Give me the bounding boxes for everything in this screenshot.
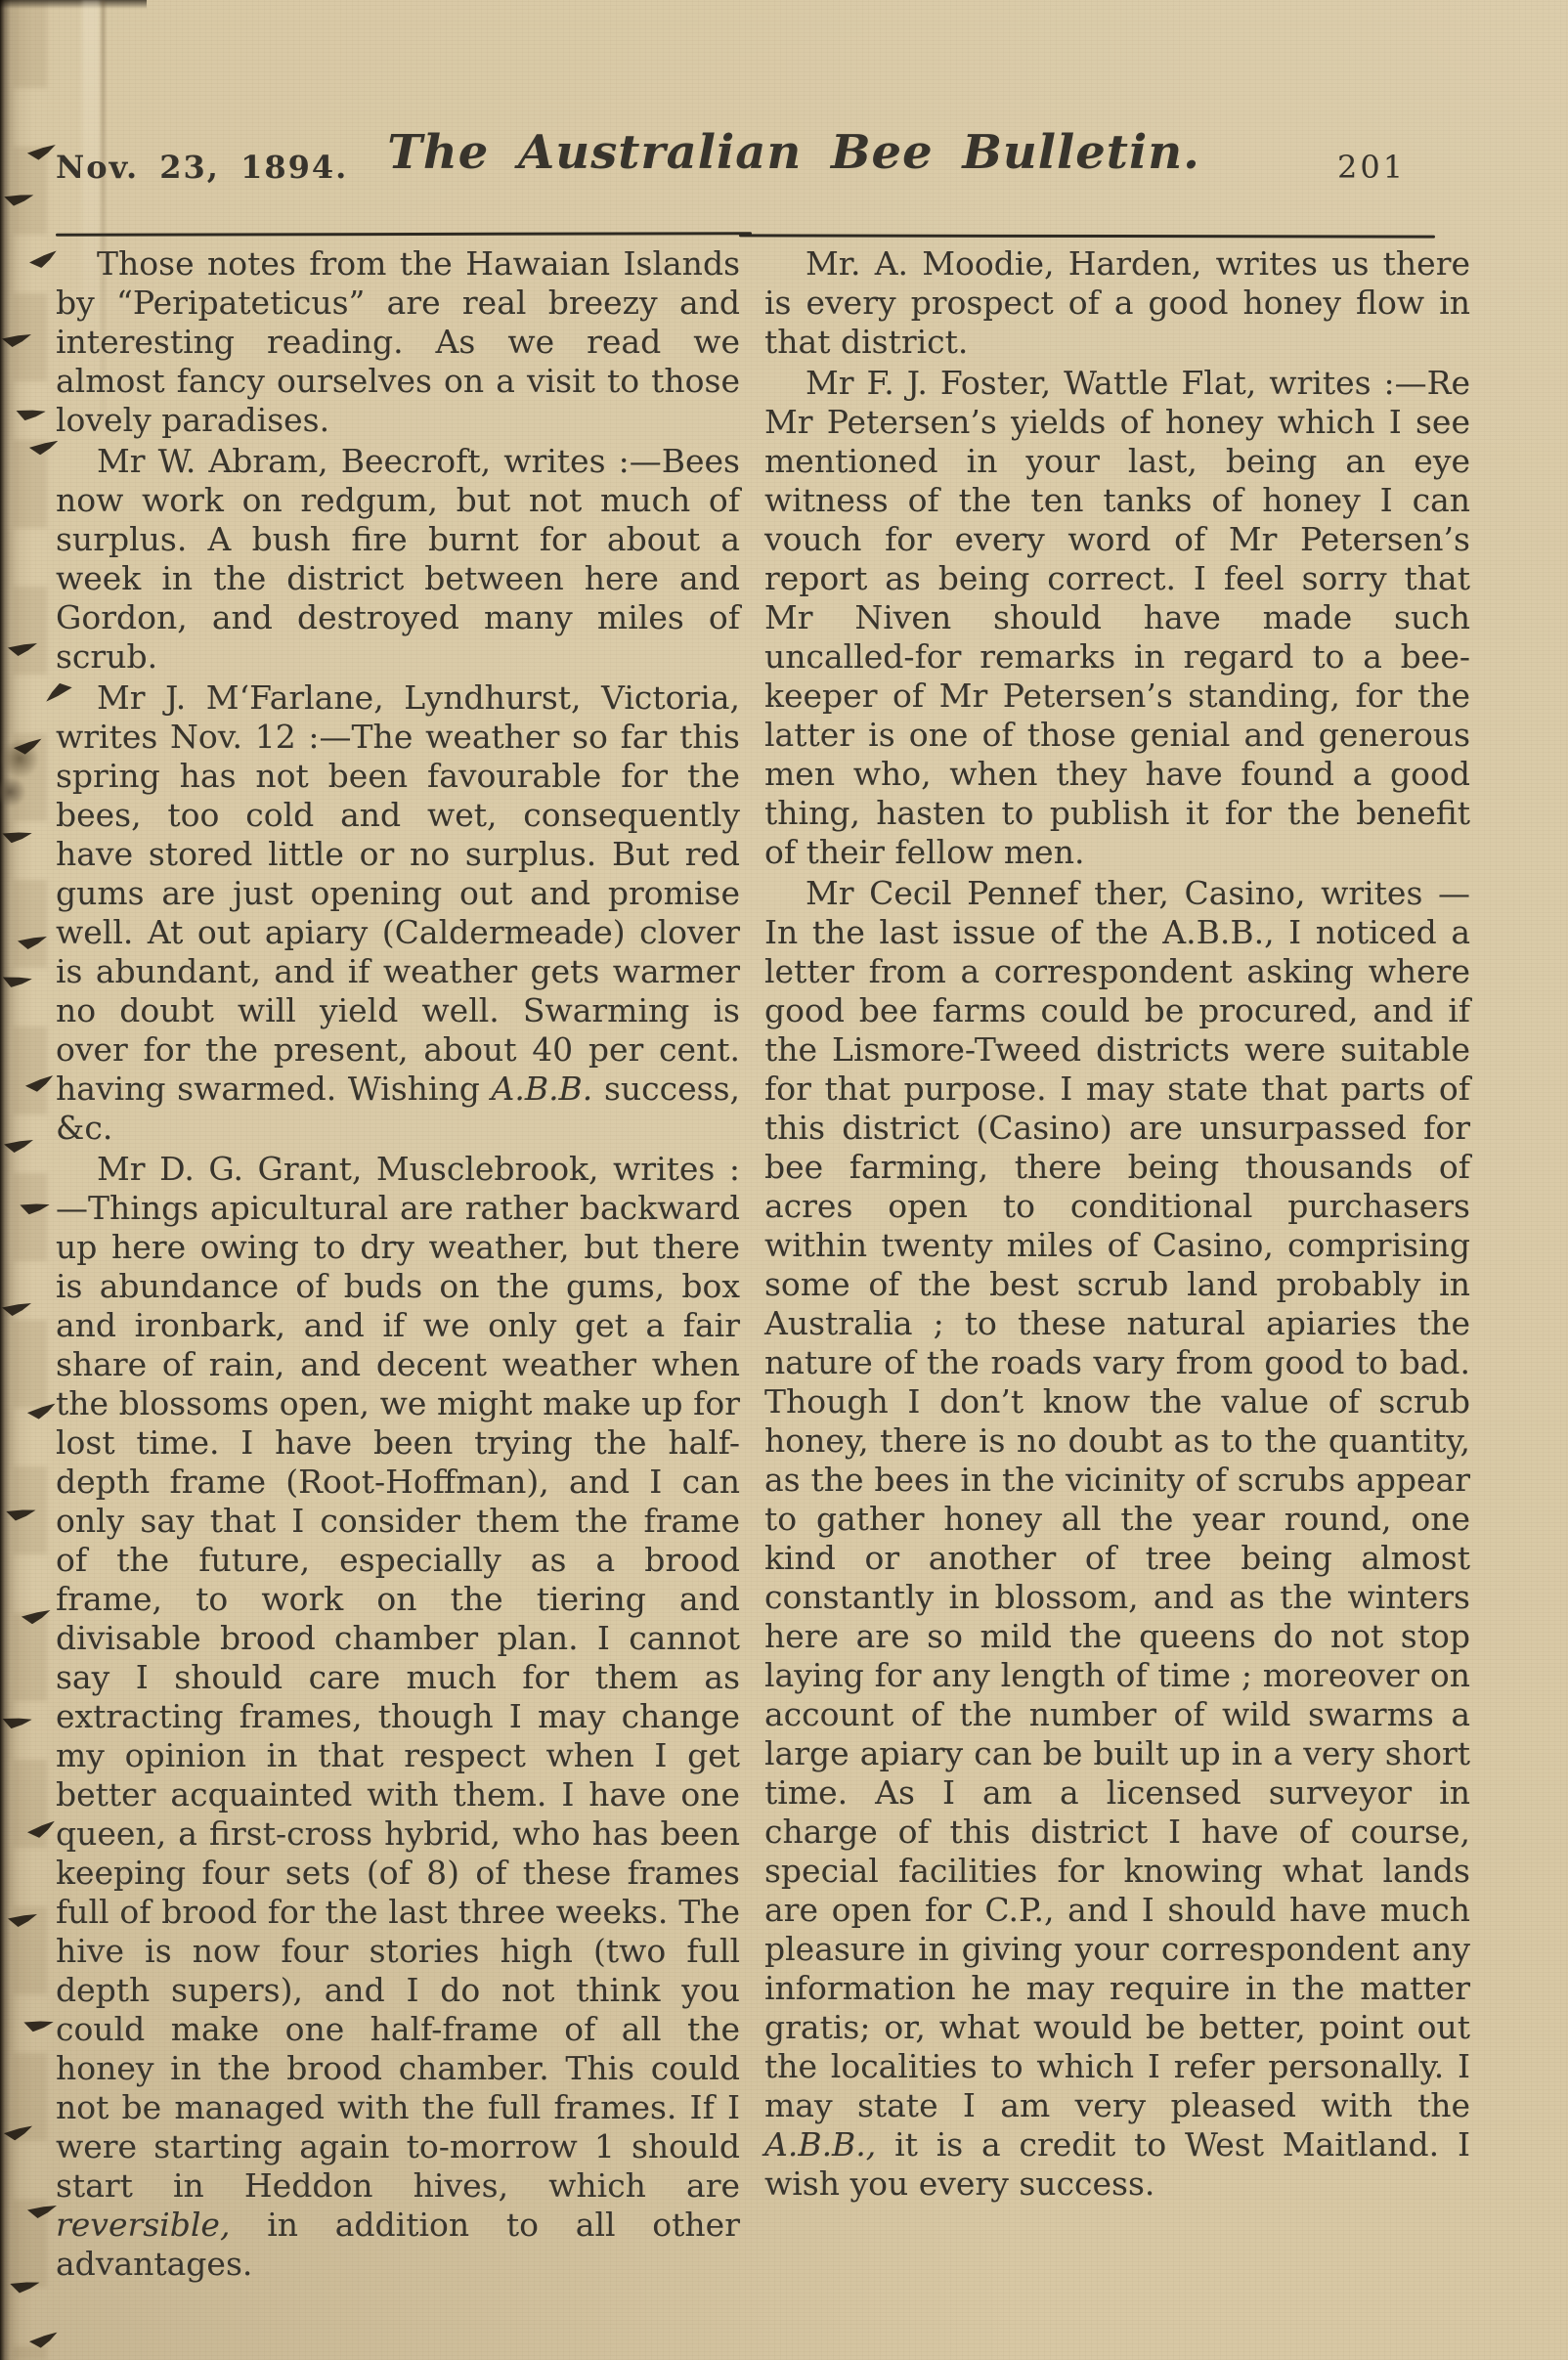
journal-page: Nov. 23, 1894. The Australian Bee Bullet… xyxy=(0,0,1568,2360)
header-rule xyxy=(56,232,752,236)
text-segment: Those notes from the Hawaian Islands by … xyxy=(56,244,740,439)
binding-shade xyxy=(14,0,47,2360)
page-number: 201 xyxy=(1337,149,1406,186)
paragraph: Mr D. G. Grant, Musclebrook, writes :—Th… xyxy=(56,1150,740,2284)
text-segment: Mr D. G. Grant, Musclebrook, writes :—Th… xyxy=(56,1150,740,2205)
text-segment: Mr J. M‘Farlane, Lyndhurst, Victoria, wr… xyxy=(56,678,740,1108)
italic-text-segment: reversible, xyxy=(56,2206,230,2244)
paragraph: Mr Cecil Pennef ther, Casino, writes —In… xyxy=(764,874,1470,2204)
text-segment: Mr Cecil Pennef ther, Casino, writes —In… xyxy=(764,874,1470,2124)
paragraph: Mr. A. Moodie, Harden, writes us there i… xyxy=(764,244,1470,362)
text-segment: Mr F. J. Foster, Wattle Flat, writes :—R… xyxy=(764,364,1470,871)
right-column: Mr. A. Moodie, Harden, writes us there i… xyxy=(764,244,1470,2206)
paragraph: Mr F. J. Foster, Wattle Flat, writes :—R… xyxy=(764,364,1470,872)
journal-title: The Australian Bee Bulletin. xyxy=(20,125,1568,180)
italic-text-segment: A.B.B., xyxy=(764,2125,876,2163)
paragraph: Those notes from the Hawaian Islands by … xyxy=(56,244,740,440)
left-column: Those notes from the Hawaian Islands by … xyxy=(56,244,740,2286)
italic-text-segment: A.B.B. xyxy=(492,1070,593,1108)
header-rule xyxy=(739,234,1435,238)
text-segment: Mr. A. Moodie, Harden, writes us there i… xyxy=(764,244,1470,361)
page-top-edge xyxy=(0,0,147,9)
paragraph: Mr J. M‘Farlane, Lyndhurst, Victoria, wr… xyxy=(56,678,740,1148)
paragraph: Mr W. Abram, Beecroft, writes :—Bees now… xyxy=(56,442,740,677)
text-segment: Mr W. Abram, Beecroft, writes :—Bees now… xyxy=(56,442,740,676)
